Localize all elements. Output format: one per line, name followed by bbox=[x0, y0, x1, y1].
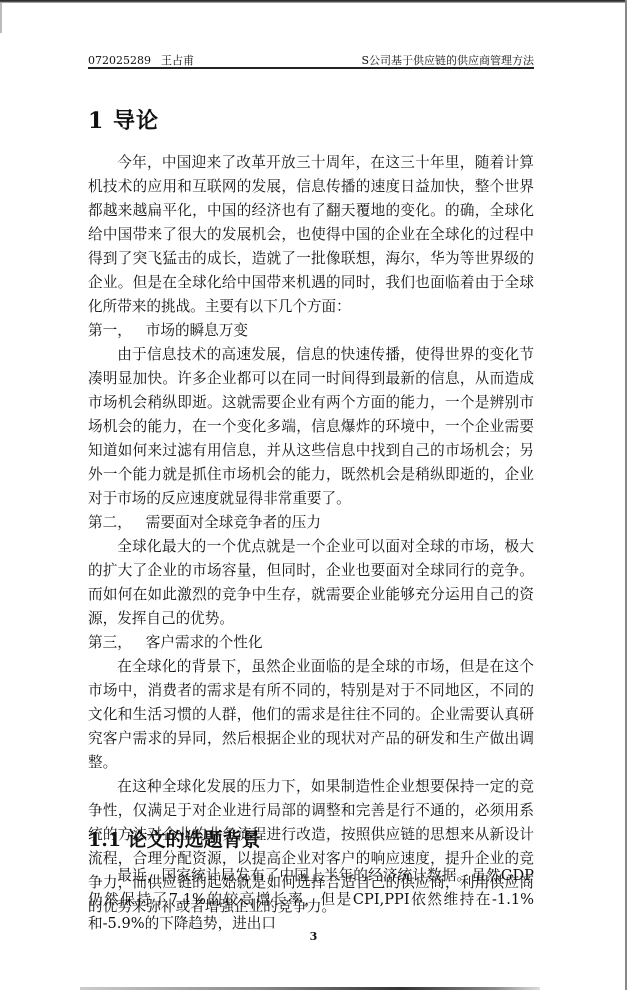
running-header: 072025289王占甫 S公司基于供应链的供应商管理方法 bbox=[88, 52, 534, 68]
point-heading-3: 第三，客户需求的个性化 bbox=[88, 631, 534, 655]
point-heading-2: 第二，需要面对全球竞争者的压力 bbox=[88, 511, 534, 535]
intro-paragraph: 今年，中国迎来了改革开放三十周年，在这三十年里，随着计算机技术的应用和互联网的发… bbox=[88, 151, 534, 319]
header-rule bbox=[88, 67, 534, 69]
point-body-1: 由于信息技术的高速发展，信息的快速传播，使得世界的变化节凑明显加快。许多企业都可… bbox=[88, 343, 534, 511]
running-title: S公司基于供应链的供应商管理方法 bbox=[361, 54, 534, 68]
point-number: 第一， bbox=[88, 322, 132, 339]
section-body: 最近，国家统计局发布了中国上半年的经济统计数据。虽然GDP仍然保持了7.1%的较… bbox=[88, 864, 534, 936]
student-id: 072025289 bbox=[88, 54, 151, 67]
point-heading-1: 第一，市场的瞬息万变 bbox=[88, 319, 534, 343]
header-left: 072025289王占甫 bbox=[88, 54, 204, 68]
chapter-title: 1 导论 bbox=[88, 107, 159, 135]
point-number: 第二， bbox=[88, 514, 132, 531]
scan-edge-left bbox=[0, 3, 2, 33]
author-name: 王占甫 bbox=[161, 54, 194, 67]
point-number: 第三， bbox=[88, 634, 132, 651]
point-title: 市场的瞬息万变 bbox=[146, 322, 248, 339]
scan-edge-top bbox=[0, 0, 627, 3]
chapter-body: 今年，中国迎来了改革开放三十周年，在这三十年里，随着计算机技术的应用和互联网的发… bbox=[88, 151, 534, 919]
section-paragraph: 最近，国家统计局发布了中国上半年的经济统计数据。虽然GDP仍然保持了7.1%的较… bbox=[88, 864, 534, 936]
section-title: 1.1 论文的选题背景 bbox=[88, 827, 261, 853]
point-title: 需要面对全球竞争者的压力 bbox=[146, 514, 321, 531]
page-number: 3 bbox=[0, 930, 627, 943]
point-title: 客户需求的个性化 bbox=[146, 634, 263, 651]
point-body-2: 全球化最大的一个优点就是一个企业可以面对全球的市场，极大的扩大了企业的市场容量，… bbox=[88, 535, 534, 631]
point-body-3: 在全球化的背景下，虽然企业面临的是全球的市场，但是在这个市场中，消费者的需求是有… bbox=[88, 655, 534, 775]
